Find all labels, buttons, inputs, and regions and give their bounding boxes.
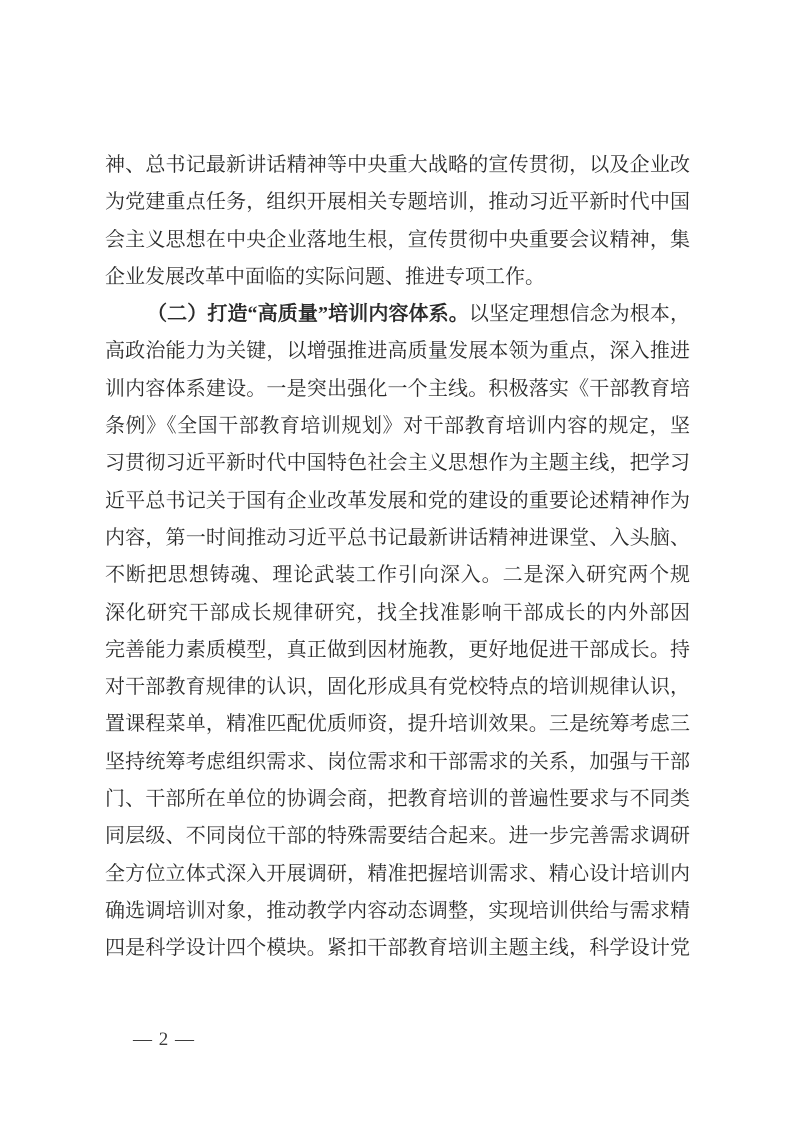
page-number: — 2 — — [133, 1029, 195, 1051]
body-line: 为党建重点任务，组织开展相关专题培训，推动习近平新时代中国特色社 — [105, 184, 690, 221]
body-line: 会主义思想在中央企业落地生根，宣传贯彻中央重要会议精神，集中解决 — [105, 222, 690, 259]
document-body: 神、总书记最新讲话精神等中央重大战略的宣传贯彻，以及企业改革发展 为党建重点任务… — [105, 147, 690, 968]
body-line: 不断把思想铸魂、理论武装工作引向深入。二是深入研究两个规律。持续 — [105, 557, 690, 594]
document-page: 神、总书记最新讲话精神等中央重大战略的宣传贯彻，以及企业改革发展 为党建重点任务… — [0, 0, 793, 1122]
body-line: 近平总书记关于国有企业改革发展和党的建设的重要论述精神作为重要 — [105, 483, 690, 520]
body-line: 完善能力素质模型，真正做到因材施教，更好地促进干部成长。持续深化 — [105, 632, 690, 669]
body-line: 全方位立体式深入开展调研，精准把握培训需求、精心设计培训内容、精 — [105, 856, 690, 893]
body-line: 置课程菜单，精准匹配优质师资，提升培训效果。三是统筹考虑三个需求。 — [105, 706, 690, 743]
body-line: 确选调培训对象，推动教学内容动态调整，实现培训供给与需求精准匹配。 — [105, 893, 690, 930]
body-line: 神、总书记最新讲话精神等中央重大战略的宣传贯彻，以及企业改革发展 — [105, 147, 690, 184]
section-2-heading: （二）打造“高质量”培训内容体系。 — [147, 303, 469, 325]
body-line: 企业发展改革中面临的实际问题、推进专项工作。 — [105, 259, 690, 296]
body-line: 坚持统筹考虑组织需求、岗位需求和干部需求的关系，加强与干部管理部 — [105, 744, 690, 781]
body-line: 内容，第一时间推动习近平总书记最新讲话精神进课堂、入头脑、见行动， — [105, 520, 690, 557]
body-line: 条例》《全国干部教育培训规划》对干部教育培训内容的规定，坚持把学 — [105, 408, 690, 445]
body-line: 四是科学设计四个模块。紧扣干部教育培训主题主线，科学设计党的理论 — [105, 930, 690, 967]
body-line: 习贯彻习近平新时代中国特色社会主义思想作为主题主线，把学习贯彻习 — [105, 445, 690, 482]
body-line: 门、干部所在单位的协调会商，把教育培训的普遍性要求与不同类别、不 — [105, 781, 690, 818]
body-line: 深化研究干部成长规律研究，找全找准影响干部成长的内外部因素，优化 — [105, 595, 690, 632]
body-line: 训内容体系建设。一是突出强化一个主线。积极落实《干部教育培训工作 — [105, 371, 690, 408]
body-line: 同层级、不同岗位干部的特殊需要结合起来。进一步完善需求调研制度， — [105, 818, 690, 855]
body-line: 高政治能力为关键，以增强推进高质量发展本领为重点，深入推进基本培 — [105, 333, 690, 370]
section-heading-line: （二）打造“高质量”培训内容体系。以坚定理想信念为根本，以提 — [105, 296, 690, 333]
body-line: 对干部教育规律的认识，固化形成具有党校特点的培训规律认识，科学设 — [105, 669, 690, 706]
